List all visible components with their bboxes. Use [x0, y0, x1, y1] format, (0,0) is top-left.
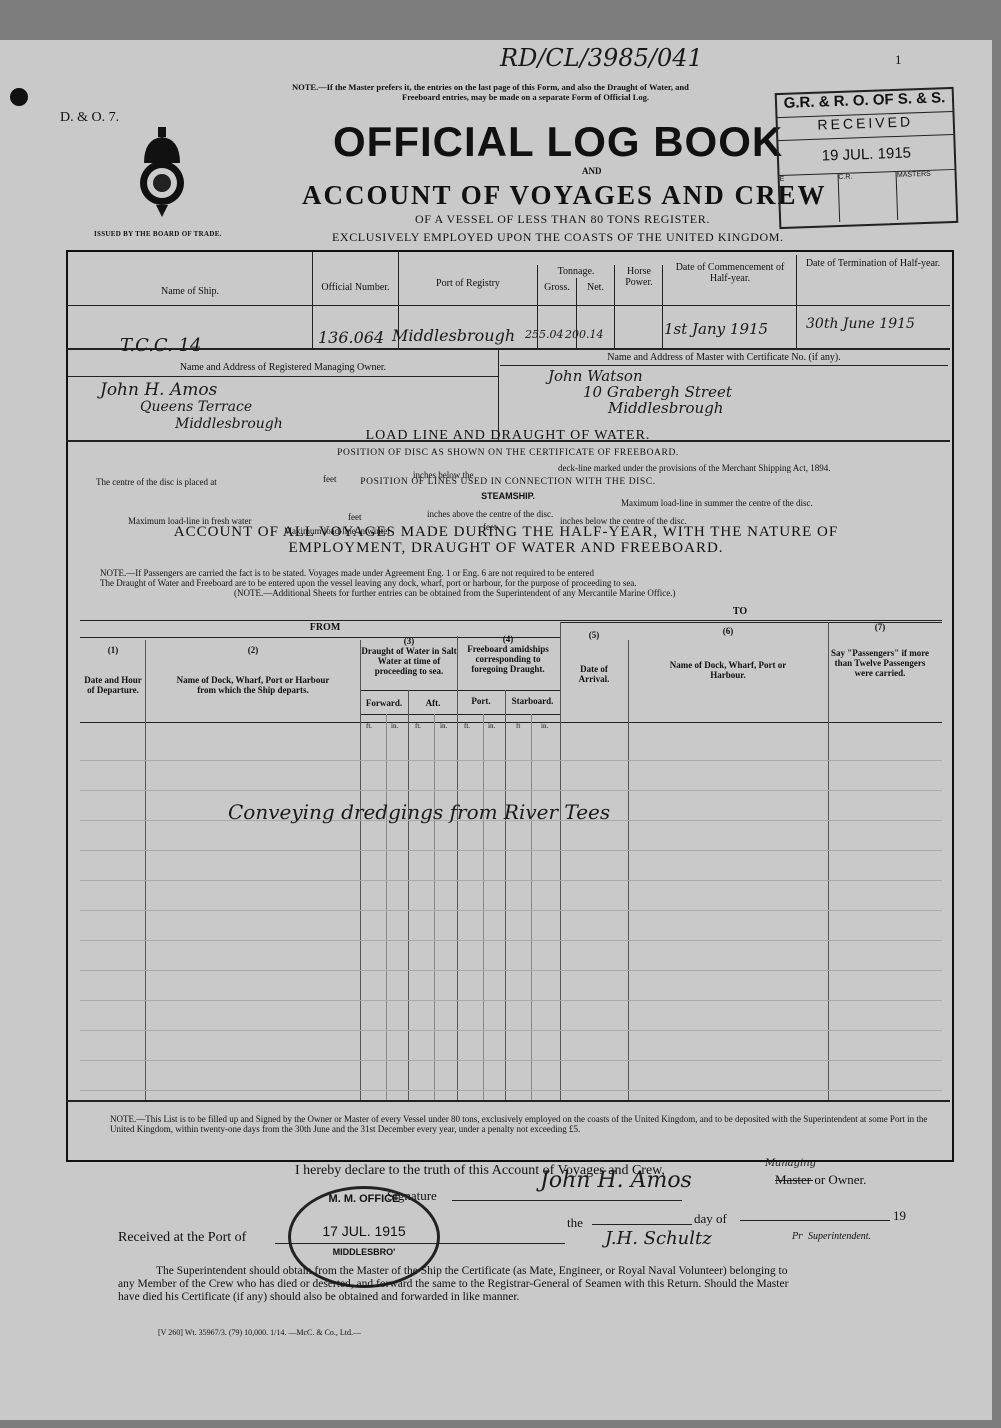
unit-ft-4: ft [516, 722, 520, 730]
form-code: D. & O. 7. [60, 110, 119, 126]
voyage-entry: Conveying dredgings from River Tees [228, 800, 610, 824]
fresh-water-inches: inches above the centre of the disc. [427, 509, 553, 519]
to-label: TO [560, 606, 920, 617]
disc-title: POSITION OF DISC AS SHOWN ON THE CERTIFI… [66, 448, 950, 458]
col2-label: Name of Dock, Wharf, Port or Harbour fro… [146, 675, 360, 695]
voyages-note: NOTE.—If Passengers are carried the fact… [100, 568, 940, 598]
unit-ft-1: ft. [366, 722, 372, 730]
received-stamp: G.R. & R. O. OF S. & S. RECEIVED 19 JUL.… [775, 87, 959, 229]
unit-ft-2: ft. [415, 722, 421, 730]
commencement-value: 1st Jany 1915 [664, 320, 768, 338]
col5-num: (5) [564, 630, 624, 640]
mm-stamp-date: 17 JUL. 1915 [291, 1223, 437, 1239]
col6-num: (6) [630, 626, 826, 636]
unit-in-1: in. [391, 722, 398, 730]
instr-line3: have died his Certificate (if any) shoul… [118, 1291, 948, 1304]
col5-header: (5) Date of Arrival. [564, 630, 624, 684]
master-town: Middlesbrough [548, 400, 732, 416]
unit-in-4: in. [541, 722, 548, 730]
reference-number: RD/CL/3985/041 [500, 44, 703, 72]
col4-header: (4) Freeboard amidships corresponding to… [458, 634, 558, 674]
footer-note: NOTE.—This List is to be filled up and S… [110, 1114, 945, 1134]
stamp-col-cr: C.R. [838, 172, 898, 222]
day-of-label: day of [694, 1211, 727, 1227]
instr-line1: The Superintendent should obtain from th… [118, 1265, 948, 1278]
col4-label: Freeboard amidships corresponding to for… [458, 644, 558, 674]
forward-label: Forward. [360, 698, 408, 708]
unit-in-2: in. [440, 722, 447, 730]
owner-label: Name and Address of Registered Managing … [68, 362, 498, 373]
managing-note: Managing [765, 1158, 816, 1169]
owner-value: John H. Amos Queens Terrace Middlesbroug… [100, 382, 283, 433]
ship-name-value: T.C.C. 14 [120, 335, 201, 356]
received-at-label: Received at the Port of [118, 1230, 246, 1246]
owner-signature: John H. Amos [540, 1168, 692, 1193]
master-value: John Watson 10 Grabergh Street Middlesbr… [548, 368, 732, 416]
voyages-note-line1: NOTE.—If Passengers are carried the fact… [100, 568, 940, 578]
lines-title: POSITION OF LINES USED IN CONNECTION WIT… [66, 477, 950, 487]
from-label: FROM [80, 622, 570, 633]
summer-label: Maximum load-line in summer the centre o… [621, 498, 813, 508]
title-and: AND [582, 166, 602, 176]
superintendent-signature: J.H. Schultz [605, 1228, 712, 1249]
starboard-label: Starboard. [505, 696, 560, 706]
steamship-label: STEAMSHIP. [66, 491, 950, 501]
col6-header: (6) Name of Dock, Wharf, Port or Harbour… [630, 626, 826, 680]
superintendent-label: Superintendent. [808, 1231, 871, 1242]
master-label: Name and Address of Master with Certific… [500, 352, 948, 363]
col1-label: Date and Hour of Departure. [82, 675, 144, 695]
termination-value: 30th June 1915 [806, 316, 915, 332]
instr-line2: any Member of the Crew who has died or d… [118, 1278, 948, 1291]
disc-line-d: deck-line marked under the provisions of… [558, 463, 830, 473]
col5-label: Date of Arrival. [564, 664, 624, 684]
col4-num: (4) [458, 634, 558, 644]
stamp-col-e: E [780, 174, 840, 224]
aft-label: Aft. [409, 698, 457, 708]
col2-num: (2) [146, 645, 360, 655]
header-ship-name: Name of Ship. [68, 286, 312, 297]
voyages-note-1: NOTE.—If Passengers are carried the fact… [100, 568, 594, 578]
crown-emblem-icon [136, 125, 188, 220]
top-note-line1: NOTE.—If the Master prefers it, the entr… [292, 82, 892, 92]
mm-stamp-bottom: MIDDLESBRO' [291, 1247, 437, 1257]
year-label: 19 [893, 1208, 906, 1224]
punch-hole [10, 88, 28, 106]
page-number: 1 [895, 52, 902, 68]
unit-in-3: in. [488, 722, 495, 730]
fresh-water-feet: feet [348, 512, 362, 522]
master-name: John Watson [548, 368, 732, 384]
col2-header: (2) Name of Dock, Wharf, Port or Harbour… [146, 645, 360, 695]
net-value: 200.14 [565, 328, 604, 341]
header-termination: Date of Termination of Half-year. [798, 258, 948, 269]
col6-label: Name of Dock, Wharf, Port or Harbour. [630, 660, 826, 680]
load-line-title: LOAD LINE AND DRAUGHT OF WATER. [66, 428, 950, 444]
unit-ft-3: ft. [464, 722, 470, 730]
header-gross: Gross. [538, 282, 576, 293]
owner-street: Queens Terrace [100, 399, 283, 416]
title-line3: OF A VESSEL OF LESS THAN 80 TONS REGISTE… [415, 212, 710, 227]
superintendent-instructions: The Superintendent should obtain from th… [118, 1265, 948, 1304]
voyages-title-line2: EMPLOYMENT, DRAUGHT OF WATER AND FREEBOA… [96, 540, 916, 556]
owner-name: John H. Amos [100, 382, 283, 399]
col3-num: (3) [361, 636, 457, 646]
voyages-note-line2: The Draught of Water and Freeboard are t… [100, 578, 940, 588]
header-horse-power: Horse Power. [618, 266, 660, 288]
header-tonnage: Tonnage. [538, 266, 614, 277]
port-label: Port. [458, 696, 504, 706]
header-net: Net. [577, 282, 614, 293]
gross-value: 255.04 [525, 328, 564, 341]
stamp-col-masters: MASTERS [897, 170, 956, 220]
header-official-number: Official Number. [313, 282, 398, 293]
title-main: OFFICIAL LOG BOOK [333, 118, 783, 166]
col7-num: (7) [830, 622, 930, 632]
master-street: 10 Grabergh Street [548, 384, 732, 400]
col3-header: (3) Draught of Water in Salt Water at ti… [361, 636, 457, 676]
col3-label: Draught of Water in Salt Water at time o… [361, 646, 457, 676]
the-label: the [567, 1215, 583, 1231]
col1-header: (1) Date and Hour of Departure. [82, 645, 144, 695]
col7-header: (7) Say "Passengers" if more than Twelve… [830, 622, 930, 678]
col7-label: Say "Passengers" if more than Twelve Pas… [830, 648, 930, 678]
header-port: Port of Registry [399, 278, 537, 289]
voyages-note-line3: (NOTE.—Additional Sheets for further ent… [100, 588, 940, 598]
col1-num: (1) [82, 645, 144, 655]
printer-line: [V 260] Wt. 35967/3. (79) 10,000. 1/14. … [158, 1328, 361, 1337]
title-line4: EXCLUSIVELY EMPLOYED UPON THE COASTS OF … [332, 230, 784, 245]
port-value: Middlesbrough [392, 326, 515, 345]
voyages-title-line1: ACCOUNT OF ALL VOYAGES MADE DURING THE H… [96, 524, 916, 540]
superintendent-prefix: Pr [792, 1232, 802, 1242]
header-commencement: Date of Commencement of Half-year. [665, 262, 795, 284]
issuer-label: ISSUED BY THE BOARD OF TRADE. [94, 230, 222, 238]
title-sub: ACCOUNT OF VOYAGES AND CREW [302, 180, 827, 211]
mm-stamp-top: M. M. OFFICE [291, 1193, 437, 1205]
voyages-title: ACCOUNT OF ALL VOYAGES MADE DURING THE H… [96, 524, 916, 556]
official-number-value: 136.064 [318, 328, 384, 347]
